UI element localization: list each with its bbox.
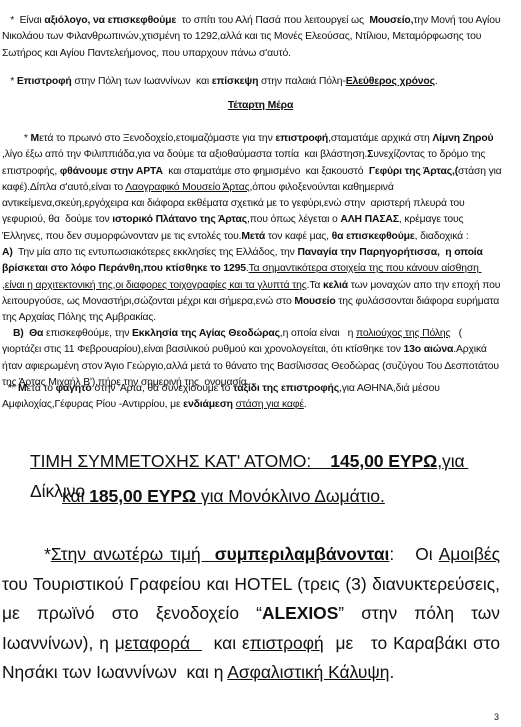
day-heading: Τέταρτη Μέρα <box>0 98 521 114</box>
text-run: Στην ανωτέρω τιμή <box>51 544 215 564</box>
text-run: συμπεριλαμβάνονται <box>215 544 390 564</box>
text-run: στάση για καφέ <box>236 399 304 410</box>
text-run: και σταματάμε στο φημισμένο και ξακουστό <box>163 166 369 177</box>
text-run: επιστροφή <box>275 133 328 144</box>
text-run: : Οι <box>389 544 438 564</box>
text-run: .Τα <box>307 280 323 291</box>
paragraph-return-athens: ** Μετά το φαγητό στην 'Αρτα, θα συνεχίσ… <box>2 381 502 414</box>
text-run: 185,00 ΕΥΡΩ <box>89 486 196 506</box>
text-run: το σπίτι του Αλή Πασά που λειτουργεί ως <box>176 15 369 26</box>
text-run: Επιστροφή <box>17 76 72 87</box>
text-run: στην Πόλη των Ιωαννίνων και <box>72 76 212 87</box>
price-single-room: και 185,00 ΕΥΡΩ για Μονόκλινο Δωμάτιο. <box>62 481 385 511</box>
text-run: . <box>389 662 394 682</box>
text-run: ,η οποία είναι η <box>280 328 356 339</box>
text-run: τον καφέ μας, <box>265 231 332 242</box>
text-run: κελιά <box>323 280 348 291</box>
text-run <box>2 328 13 339</box>
text-run: Λίμνη Ζηρού <box>432 133 493 144</box>
text-run: ταξίδι της επιστροφής <box>233 383 339 394</box>
price-text: και 185,00 ΕΥΡΩ για Μονόκλινο Δωμάτιο. <box>62 486 385 506</box>
text-run: ,που όπως λέγεται ο <box>247 214 340 225</box>
text-run: ετά το πρωινό στο Ξενοδοχείο,ετοιμαζόμασ… <box>39 133 275 144</box>
document-page: * Είναι αξιόλογο, να επισκεφθούμε το σπί… <box>0 0 521 727</box>
text-run: ,για <box>437 451 468 471</box>
paragraph-text: * Επιστροφή στην Πόλη των Ιωαννίνων και … <box>2 74 502 90</box>
text-run: , διαδοχικά : <box>415 231 502 242</box>
text-run: Α) <box>2 247 13 258</box>
text-run: επισκεφθούμε, την <box>43 328 132 339</box>
text-run: Εκκλησία της Αγίας Θεοδώρας <box>132 328 280 339</box>
text-run: στην παλαιά Πόλη- <box>258 76 345 87</box>
text-run: επίσκεψη <box>212 76 259 87</box>
text-run: Τέταρτη Μέρα <box>228 100 293 111</box>
text-run: και <box>62 486 89 506</box>
text-run: 145,00 ΕΥΡΩ <box>330 451 437 471</box>
text-run: φαγητό <box>56 383 92 394</box>
text-run: Την μία απο τις εντυπωσιακότερες εκκλησί… <box>13 247 298 258</box>
text-run: εταφορά <box>125 633 202 653</box>
text-run: Μουσείο, <box>369 15 413 26</box>
paragraph-return-ioannina: * Επιστροφή στην Πόλη των Ιωαννίνων και … <box>2 74 502 90</box>
page-number: 3 <box>494 712 499 722</box>
paragraph-text: * Είναι αξιόλογο, να επισκεφθούμε το σπί… <box>2 13 502 62</box>
text-run: ** <box>2 383 18 394</box>
heading-text: Τέταρτη Μέρα <box>0 98 521 114</box>
text-run: * <box>2 544 51 564</box>
text-run: 13ο αιώνα <box>404 344 454 355</box>
paragraph-day-four-itinerary: * Μετά το πρωινό στο Ξενοδοχείο,ετοιμαζό… <box>2 131 502 327</box>
text-run: Μ <box>18 383 27 394</box>
text-run: αξιόλογο, να επισκεφθούμε <box>44 15 176 26</box>
text-run: Γεφύρι της Άρτας,( <box>369 166 458 177</box>
inclusions-text: *Στην ανωτέρω τιμή συμπεριλαμβάνονται: Ο… <box>2 540 500 688</box>
text-run: ,σταματάμε αρχικά στη <box>328 133 432 144</box>
paragraph-text: ** Μετά το φαγητό στην 'Αρτα, θα συνεχίσ… <box>2 381 502 414</box>
text-run: και ε <box>202 633 250 653</box>
price-inclusions: *Στην ανωτέρω τιμή συμπεριλαμβάνονται: Ο… <box>2 540 500 688</box>
paragraph-text: * Μετά το πρωινό στο Ξενοδοχείο,ετοιμαζό… <box>2 131 502 327</box>
text-run: Ασφαλιστική Κάλυψη <box>227 662 389 682</box>
text-run: Μουσείο <box>294 296 335 307</box>
text-run: Ελεύθερος χρόνος <box>346 76 435 87</box>
paragraph-ali-pasha-museum: * Είναι αξιόλογο, να επισκεφθούμε το σπί… <box>2 13 502 62</box>
text-run: στην 'Αρτα, θα συνεχίσουμε το <box>92 383 233 394</box>
text-run: * Είναι <box>2 15 44 26</box>
text-run: ALEXIOS <box>262 603 338 623</box>
text-run: ενδιάμεση <box>183 399 233 410</box>
text-run: . <box>435 76 438 87</box>
text-run: φθάνουμε στην ΑΡΤΑ <box>60 166 163 177</box>
text-run: θα επισκεφθούμε <box>332 231 415 242</box>
text-run: Μετά <box>241 231 265 242</box>
text-run: . <box>304 399 307 410</box>
text-run: * <box>2 133 31 144</box>
text-run: ετά το <box>27 383 56 394</box>
text-run: ιστορικό Πλάτανο της Άρτας <box>112 214 247 225</box>
text-run: Αμοιβές <box>439 544 500 564</box>
text-run: Μ <box>31 133 40 144</box>
text-run: πολιούχος της Πόλης <box>356 328 450 339</box>
text-run: για Μονόκλινο Δωμάτιο. <box>196 486 385 506</box>
text-run: * <box>2 76 17 87</box>
text-run: πιστροφή <box>250 633 324 653</box>
text-run: ΤΙΜΗ ΣΥΜΜΕΤΟΧΗΣ ΚΑΤ' ΑΤΟΜΟ: <box>30 451 330 471</box>
text-run: ΑΛΗ ΠΑΣΑΣ <box>340 214 398 225</box>
text-run: Β) Θα <box>13 328 43 339</box>
text-run: Λαογραφικό Μουσείο Άρτας <box>125 182 249 193</box>
